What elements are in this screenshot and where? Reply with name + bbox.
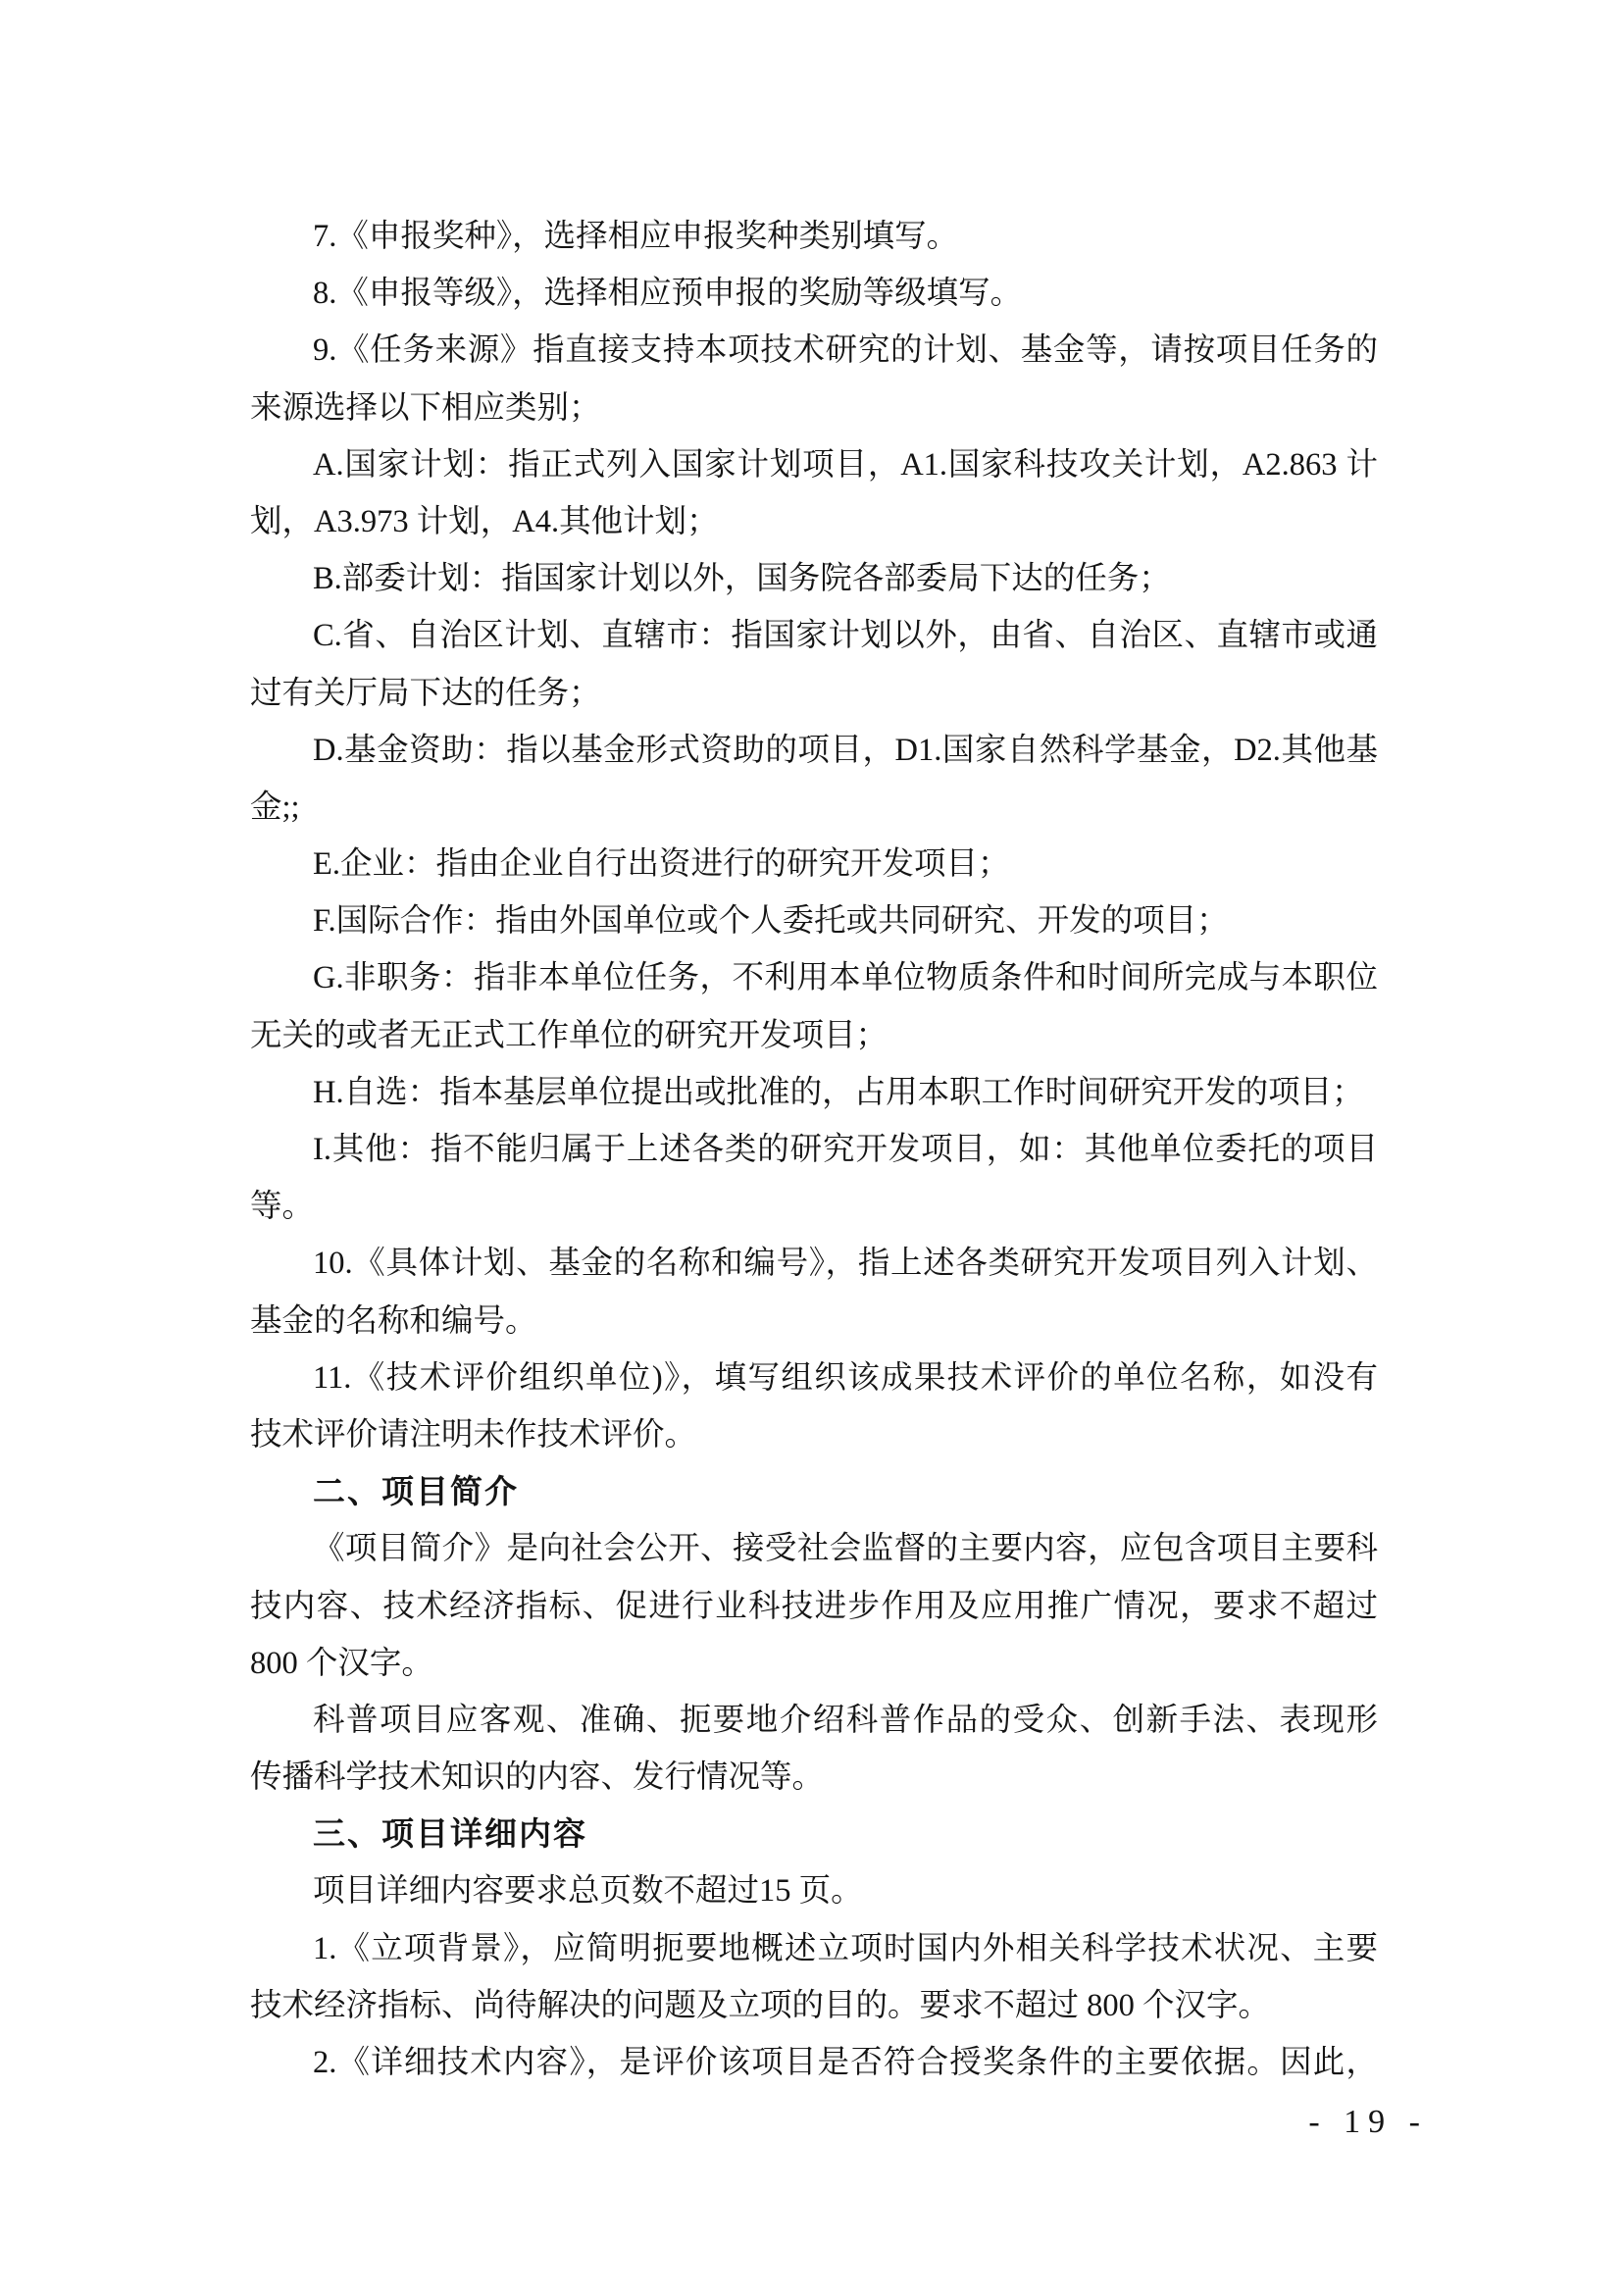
text-line: 金;; — [250, 779, 1378, 836]
text-line: 1.《立项背景》，应简明扼要地概述立项时国内外相关科学技术状况、主要 — [250, 1920, 1378, 1977]
text-line: 9.《任务来源》指直接支持本项技术研究的计划、基金等，请按项目任务的 — [250, 322, 1378, 379]
text-line: 11.《技术评价组织单位)》，填写组织该成果技术评价的单位名称，如没有 — [250, 1350, 1378, 1406]
text-line: 技术经济指标、尚待解决的问题及立项的目的。要求不超过 800 个汉字。 — [250, 1977, 1378, 2034]
text-line: E.企业：指由企业自行出资进行的研究开发项目； — [250, 836, 1378, 892]
text-line: C.省、自治区计划、直辖市：指国家计划以外，由省、自治区、直辖市或通 — [250, 607, 1378, 664]
text-line: 过有关厅局下达的任务； — [250, 665, 1378, 722]
text-line: 项目详细内容要求总页数不超过15 页。 — [250, 1862, 1378, 1919]
text-line: 技术评价请注明未作技术评价。 — [250, 1406, 1378, 1463]
text-line: H.自选：指本基层单位提出或批准的，占用本职工作时间研究开发的项目； — [250, 1064, 1378, 1121]
text-line: 科普项目应客观、准确、扼要地介绍科普作品的受众、创新手法、表现形式、 — [250, 1692, 1378, 1749]
section-heading: 三、项目详细内容 — [250, 1806, 1378, 1862]
document-body: 7.《申报奖种》，选择相应申报奖种类别填写。8.《申报等级》，选择相应预申报的奖… — [250, 208, 1378, 2091]
text-line: 划，A3.973 计划，A4.其他计划； — [250, 493, 1378, 550]
section-heading: 二、项目简介 — [250, 1463, 1378, 1520]
text-line: 等。 — [250, 1178, 1378, 1235]
text-line: 2.《详细技术内容》，是评价该项目是否符合授奖条件的主要依据。因此， — [250, 2034, 1378, 2091]
text-line: 800 个汉字。 — [250, 1635, 1378, 1692]
text-line: F.国际合作：指由外国单位或个人委托或共同研究、开发的项目； — [250, 892, 1378, 949]
text-line: D.基金资助：指以基金形式资助的项目，D1.国家自然科学基金，D2.其他基 — [250, 722, 1378, 779]
text-line: I.其他：指不能归属于上述各类的研究开发项目，如：其他单位委托的项目 — [250, 1121, 1378, 1178]
text-line: A.国家计划：指正式列入国家计划项目，A1.国家科技攻关计划，A2.863 计 — [250, 436, 1378, 493]
text-line: 《项目简介》是向社会公开、接受社会监督的主要内容，应包含项目主要科 — [250, 1520, 1378, 1577]
text-line: 无关的或者无正式工作单位的研究开发项目； — [250, 1007, 1378, 1064]
document-page: 7.《申报奖种》，选择相应申报奖种类别填写。8.《申报等级》，选择相应预申报的奖… — [0, 0, 1624, 2294]
text-line: 技内容、技术经济指标、促进行业科技进步作用及应用推广情况，要求不超过 — [250, 1578, 1378, 1635]
text-line: 来源选择以下相应类别； — [250, 380, 1378, 436]
text-line: G.非职务：指非本单位任务，不利用本单位物质条件和时间所完成与本职位 — [250, 949, 1378, 1006]
text-line: 7.《申报奖种》，选择相应申报奖种类别填写。 — [250, 208, 1378, 265]
text-line: 传播科学技术知识的内容、发行情况等。 — [250, 1749, 1378, 1806]
text-line: 10.《具体计划、基金的名称和编号》，指上述各类研究开发项目列入计划、 — [250, 1235, 1378, 1292]
text-line: 8.《申报等级》，选择相应预申报的奖励等级填写。 — [250, 265, 1378, 322]
page-number: - 19 - — [1308, 2099, 1428, 2146]
text-line: 基金的名称和编号。 — [250, 1293, 1378, 1350]
text-line: B.部委计划：指国家计划以外，国务院各部委局下达的任务； — [250, 550, 1378, 607]
